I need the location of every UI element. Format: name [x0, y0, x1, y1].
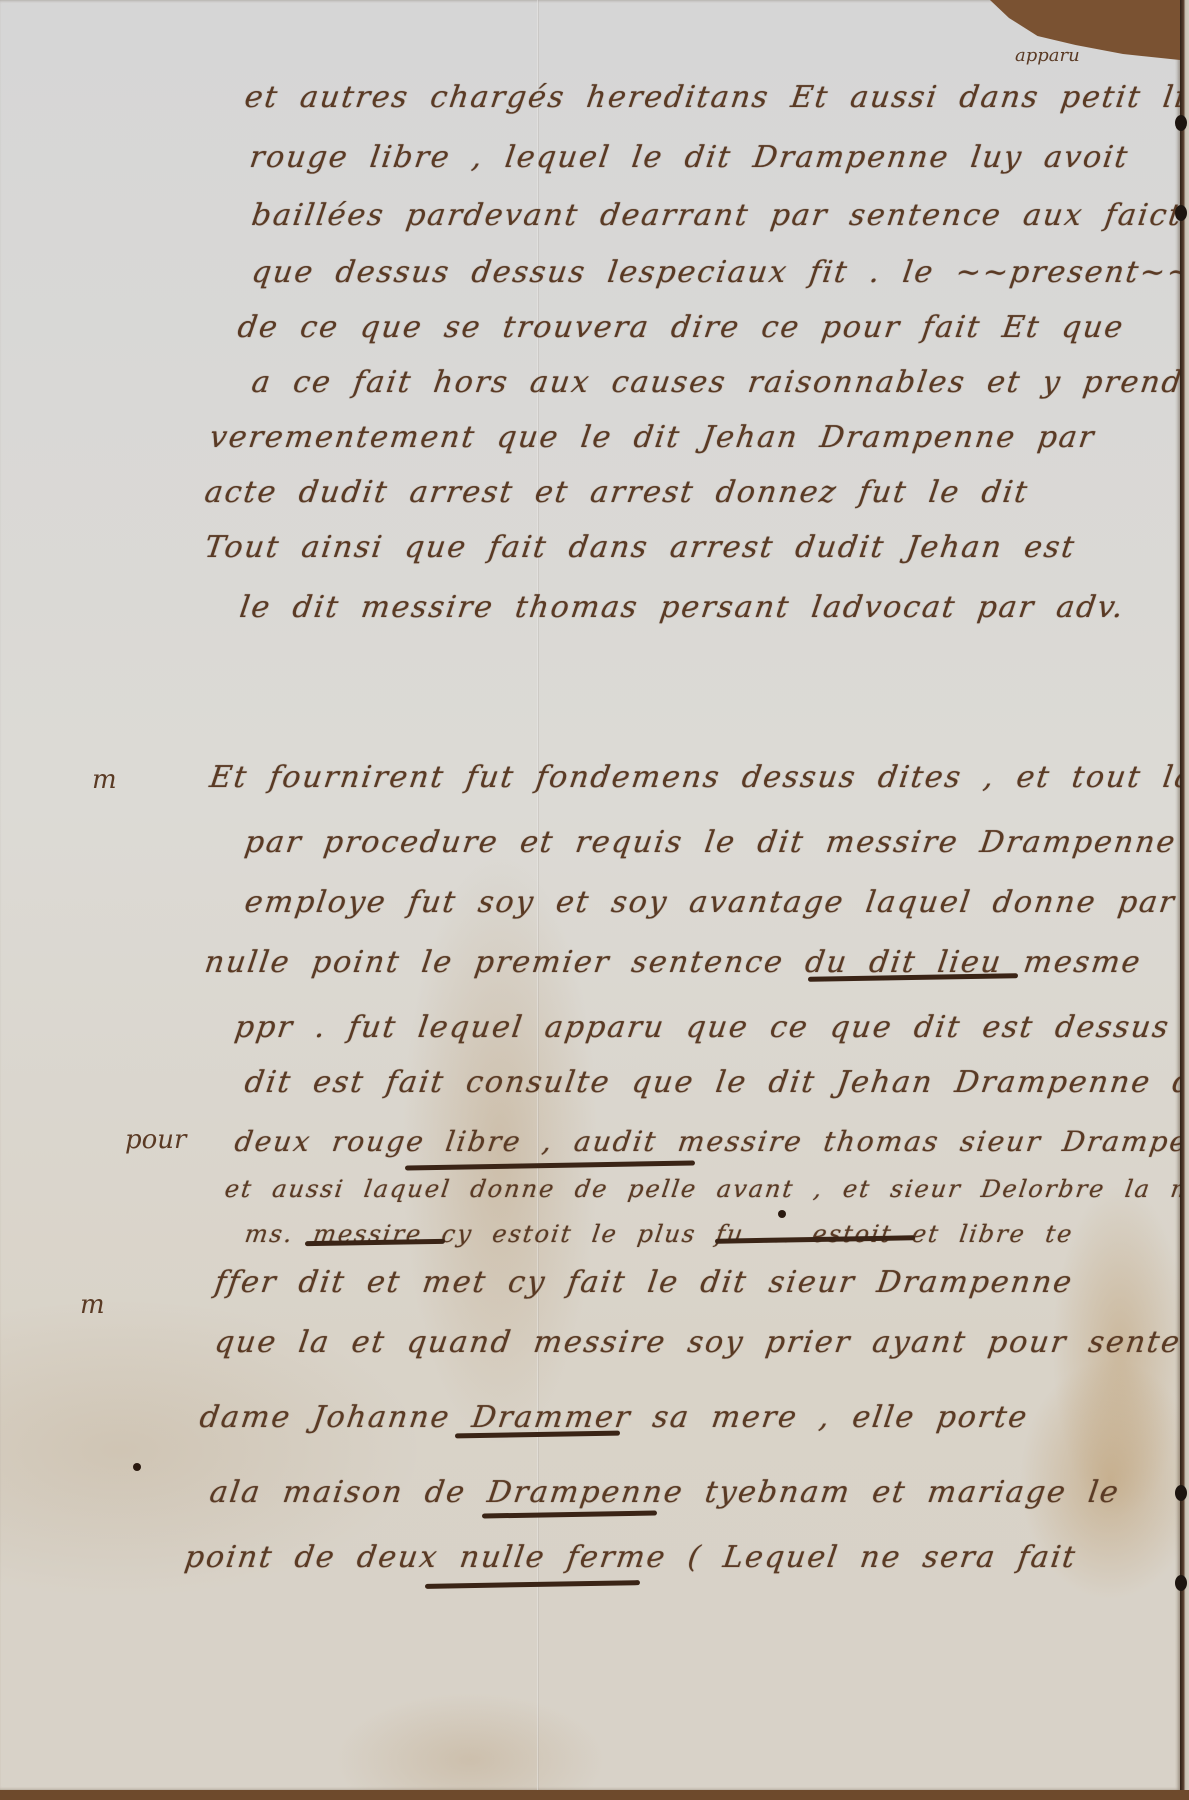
manuscript-page: apparu et autres chargés hereditans Et a… [0, 0, 1180, 1790]
manuscript-line: Tout ainsi que fait dans arrest dudit Je… [203, 530, 1079, 565]
manuscript-line: et aussi laquel donne de pelle avant , e… [223, 1175, 1189, 1203]
manuscript-line: et autres chargés hereditans Et aussi da… [243, 80, 1189, 115]
book-binding-edge [1180, 0, 1189, 1800]
manuscript-line: ppr . fut lequel apparu que ce que dit e… [233, 1010, 1173, 1045]
manuscript-line: deux rouge libre , audit messire thomas … [233, 1125, 1189, 1158]
ink-blot [133, 1463, 141, 1471]
manuscript-line: employe fut soy et soy avantage laquel d… [243, 885, 1178, 920]
binding-thread [1175, 205, 1187, 221]
margin-mark: m [80, 1290, 105, 1320]
interlinear-insertion: apparu [1015, 45, 1080, 66]
ink-stroke [425, 1580, 640, 1589]
manuscript-line: ffer dit et met cy fait le dit sieur Dra… [213, 1265, 1076, 1300]
manuscript-line: a ce fait hors aux causes raisonnables e… [250, 365, 1189, 400]
desk-surface [0, 1790, 1189, 1800]
manuscript-line: rouge libre , lequel le dit Drampenne lu… [248, 140, 1132, 175]
manuscript-line: dit est fait consulte que le dit Jehan D… [243, 1065, 1189, 1100]
binding-thread [1175, 1575, 1187, 1591]
manuscript-line: de ce que se trouvera dire ce pour fait … [236, 310, 1127, 345]
manuscript-line: que dessus dessus lespeciaux fit . le ~~… [250, 255, 1189, 290]
manuscript-line: Et fournirent fut fondemens dessus dites… [208, 760, 1189, 795]
manuscript-line: que la et quand messire soy prier ayant … [213, 1325, 1189, 1360]
manuscript-line: le dit messire thomas persant ladvocat p… [238, 590, 1128, 625]
margin-word: pour [125, 1125, 186, 1155]
ink-blot [778, 1210, 786, 1218]
manuscript-line: par procedure et requis le dit messire D… [243, 825, 1189, 860]
margin-mark: m [92, 765, 117, 795]
binding-thread [1175, 1485, 1187, 1501]
binding-thread [1175, 115, 1187, 131]
manuscript-line: verementement que le dit Jehan Drampenne… [208, 420, 1098, 455]
manuscript-line: ala maison de Drampenne tyebnam et maria… [208, 1475, 1123, 1510]
ink-stroke [482, 1510, 657, 1518]
manuscript-line: baillées pardevant dearrant par sentence… [250, 198, 1189, 233]
manuscript-line: acte dudit arrest et arrest donnez fut l… [203, 475, 1032, 510]
manuscript-line: point de deux nulle ferme ( Lequel ne se… [183, 1540, 1079, 1575]
ink-stroke [405, 1160, 695, 1170]
